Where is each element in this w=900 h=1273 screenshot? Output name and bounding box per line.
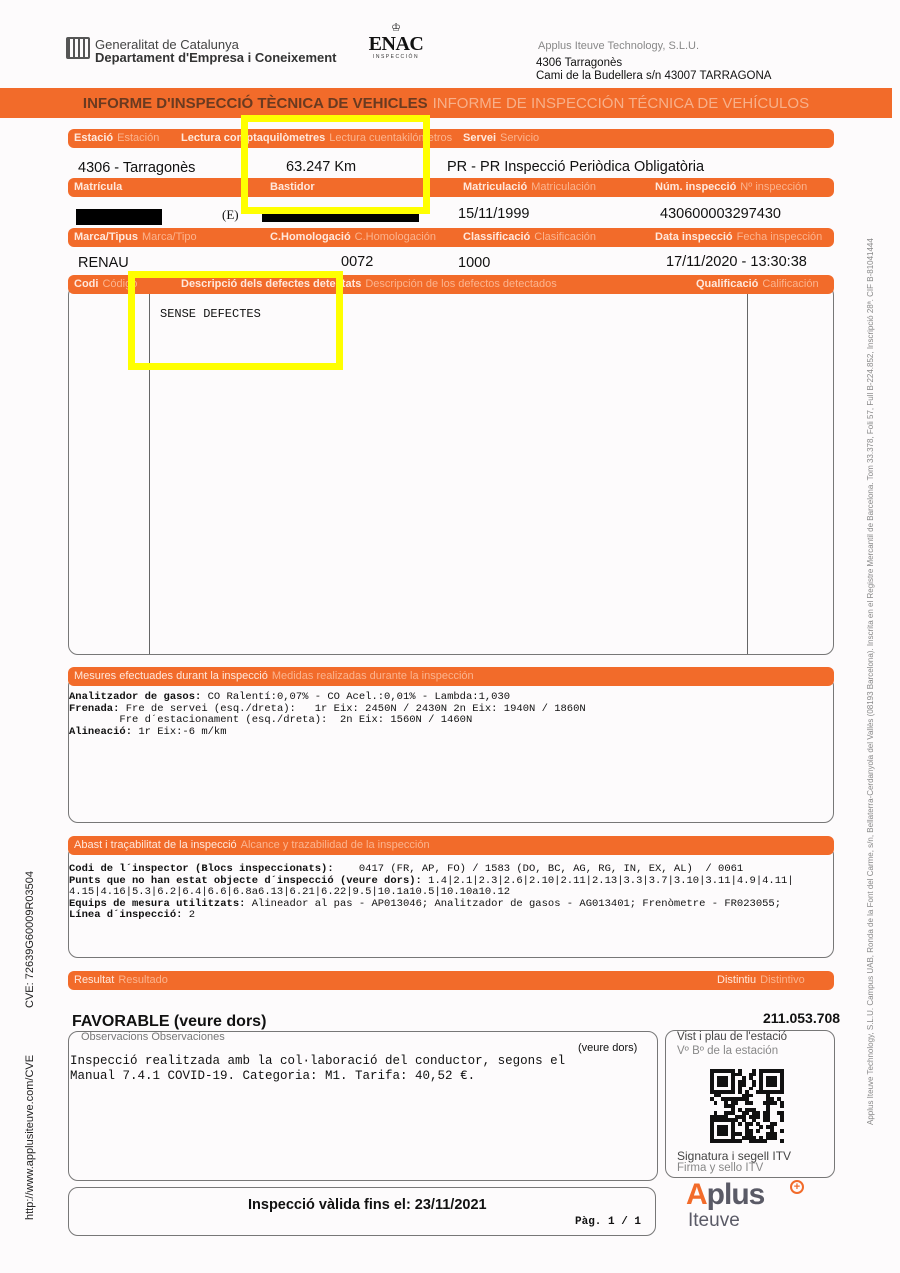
label-abast: Abast i traçabilitat de la inspeccióAlca… <box>74 839 430 851</box>
plus-circle-icon: + <box>790 1180 804 1194</box>
enac-logo: ♔ ENAC INSPECCIÓN <box>366 22 426 60</box>
label-marca: Marca/TipusMarca/Tipo <box>74 231 197 243</box>
observations-text: Inspecció realitzada amb la col·laboraci… <box>70 1054 565 1084</box>
classificacio-value: 1000 <box>458 255 490 271</box>
report-title: INFORME D'INSPECCIÓ TÈCNICA DE VEHICLES … <box>0 88 892 118</box>
estacio-value: 4306 - Tarragonès <box>78 160 195 176</box>
distintiu-number: 211.053.708 <box>763 1010 840 1026</box>
label-bar-result: ResultatResultado DistintiuDistintivo <box>68 971 834 990</box>
label-num-inspeccio: Núm. inspeccióNº inspección <box>655 181 807 193</box>
measurements-text: Analitzador de gasos: CO Ralentí:0,07% -… <box>69 692 586 738</box>
data-inspeccio-value: 17/11/2020 - 13:30:38 <box>666 254 807 270</box>
label-bar-measurements: Mesures efectuades durant la inspeccióMe… <box>68 667 834 686</box>
label-matricula: Matrícula <box>74 181 122 193</box>
station-address: Cami de la Budellera s/n 43007 TARRAGONA <box>536 70 771 82</box>
label-bar-scope: Abast i traçabilitat de la inspeccióAlca… <box>68 836 834 855</box>
company-name: Applus Iteuve Technology, S.L.U. <box>538 40 699 52</box>
label-homologacio: C.HomologacióC.Homologación <box>270 231 436 243</box>
label-qualificacio: QualificacióCalificación <box>696 278 819 290</box>
label-distintiu: DistintiuDistintivo <box>717 974 805 986</box>
cve-url[interactable]: http://www.applusiteuve.com/CVE <box>24 1035 36 1220</box>
cve-code: CVE: 72639G60009R03504 <box>24 858 36 1008</box>
signature-label-ca: Signatura i segell ITV <box>677 1149 791 1163</box>
highlight-odometer <box>241 115 430 214</box>
stamp-label-ca: Vist i plau de l'estació <box>677 1031 787 1043</box>
qr-code-icon <box>710 1069 784 1143</box>
department-name: Departament d'Empresa i Coneixement <box>95 50 337 65</box>
plate-suffix: (E) <box>222 207 239 223</box>
defects-column-divider <box>747 294 748 654</box>
label-bar-vehicle: Matrícula Bastidor MatriculacióMatricula… <box>68 178 834 197</box>
label-bar-type: Marca/TipusMarca/Tipo C.HomologacióC.Hom… <box>68 228 834 247</box>
label-data-inspeccio: Data inspeccióFecha inspección <box>655 231 822 243</box>
result-value: FAVORABLE (veure dors) <box>72 1013 266 1031</box>
see-back-note: (veure dors) <box>578 1042 637 1054</box>
redacted-plate <box>76 209 162 225</box>
observations-label: Observacions Observaciones <box>81 1031 225 1043</box>
highlight-defects <box>128 271 343 370</box>
applus-logo: Aplus + Iteuve <box>686 1180 764 1232</box>
label-classificacio: ClassificacióClasificación <box>463 231 596 243</box>
label-bar-station: EstacióEstación Lectura comptaquilòmetre… <box>68 129 834 148</box>
station-line: 4306 Tarragonès <box>536 57 622 69</box>
validity-text: Inspecció vàlida fins el: 23/11/2021 <box>248 1197 487 1213</box>
marca-value: RENAU <box>78 255 129 271</box>
label-mesures: Mesures efectuades durant la inspeccióMe… <box>74 670 474 682</box>
label-resultat: ResultatResultado <box>74 974 168 986</box>
scope-text: Codi de l´inspector (Blocs inspeccionats… <box>69 864 794 922</box>
generalitat-logo-icon <box>66 37 90 59</box>
homologacio-value: 0072 <box>341 254 373 270</box>
label-estacio: EstacióEstación <box>74 132 159 144</box>
num-inspeccio-value: 430600003297430 <box>660 206 781 222</box>
legal-footer-vertical: Applus Iteuve Technology, S.L.U. Campus … <box>866 130 880 1125</box>
matriculacio-value: 15/11/1999 <box>458 206 530 222</box>
redacted-vin <box>262 213 419 222</box>
label-matriculacio: MatriculacióMatriculación <box>463 181 596 193</box>
label-servei: ServeiServicio <box>463 132 539 144</box>
stamp-label-es: Vº Bº de la estación <box>677 1045 778 1057</box>
signature-label-es: Firma y sello ITV <box>677 1162 763 1174</box>
page-number: Pàg. 1 / 1 <box>575 1216 641 1228</box>
servei-value: PR - PR Inspecció Periòdica Obligatòria <box>447 159 704 175</box>
